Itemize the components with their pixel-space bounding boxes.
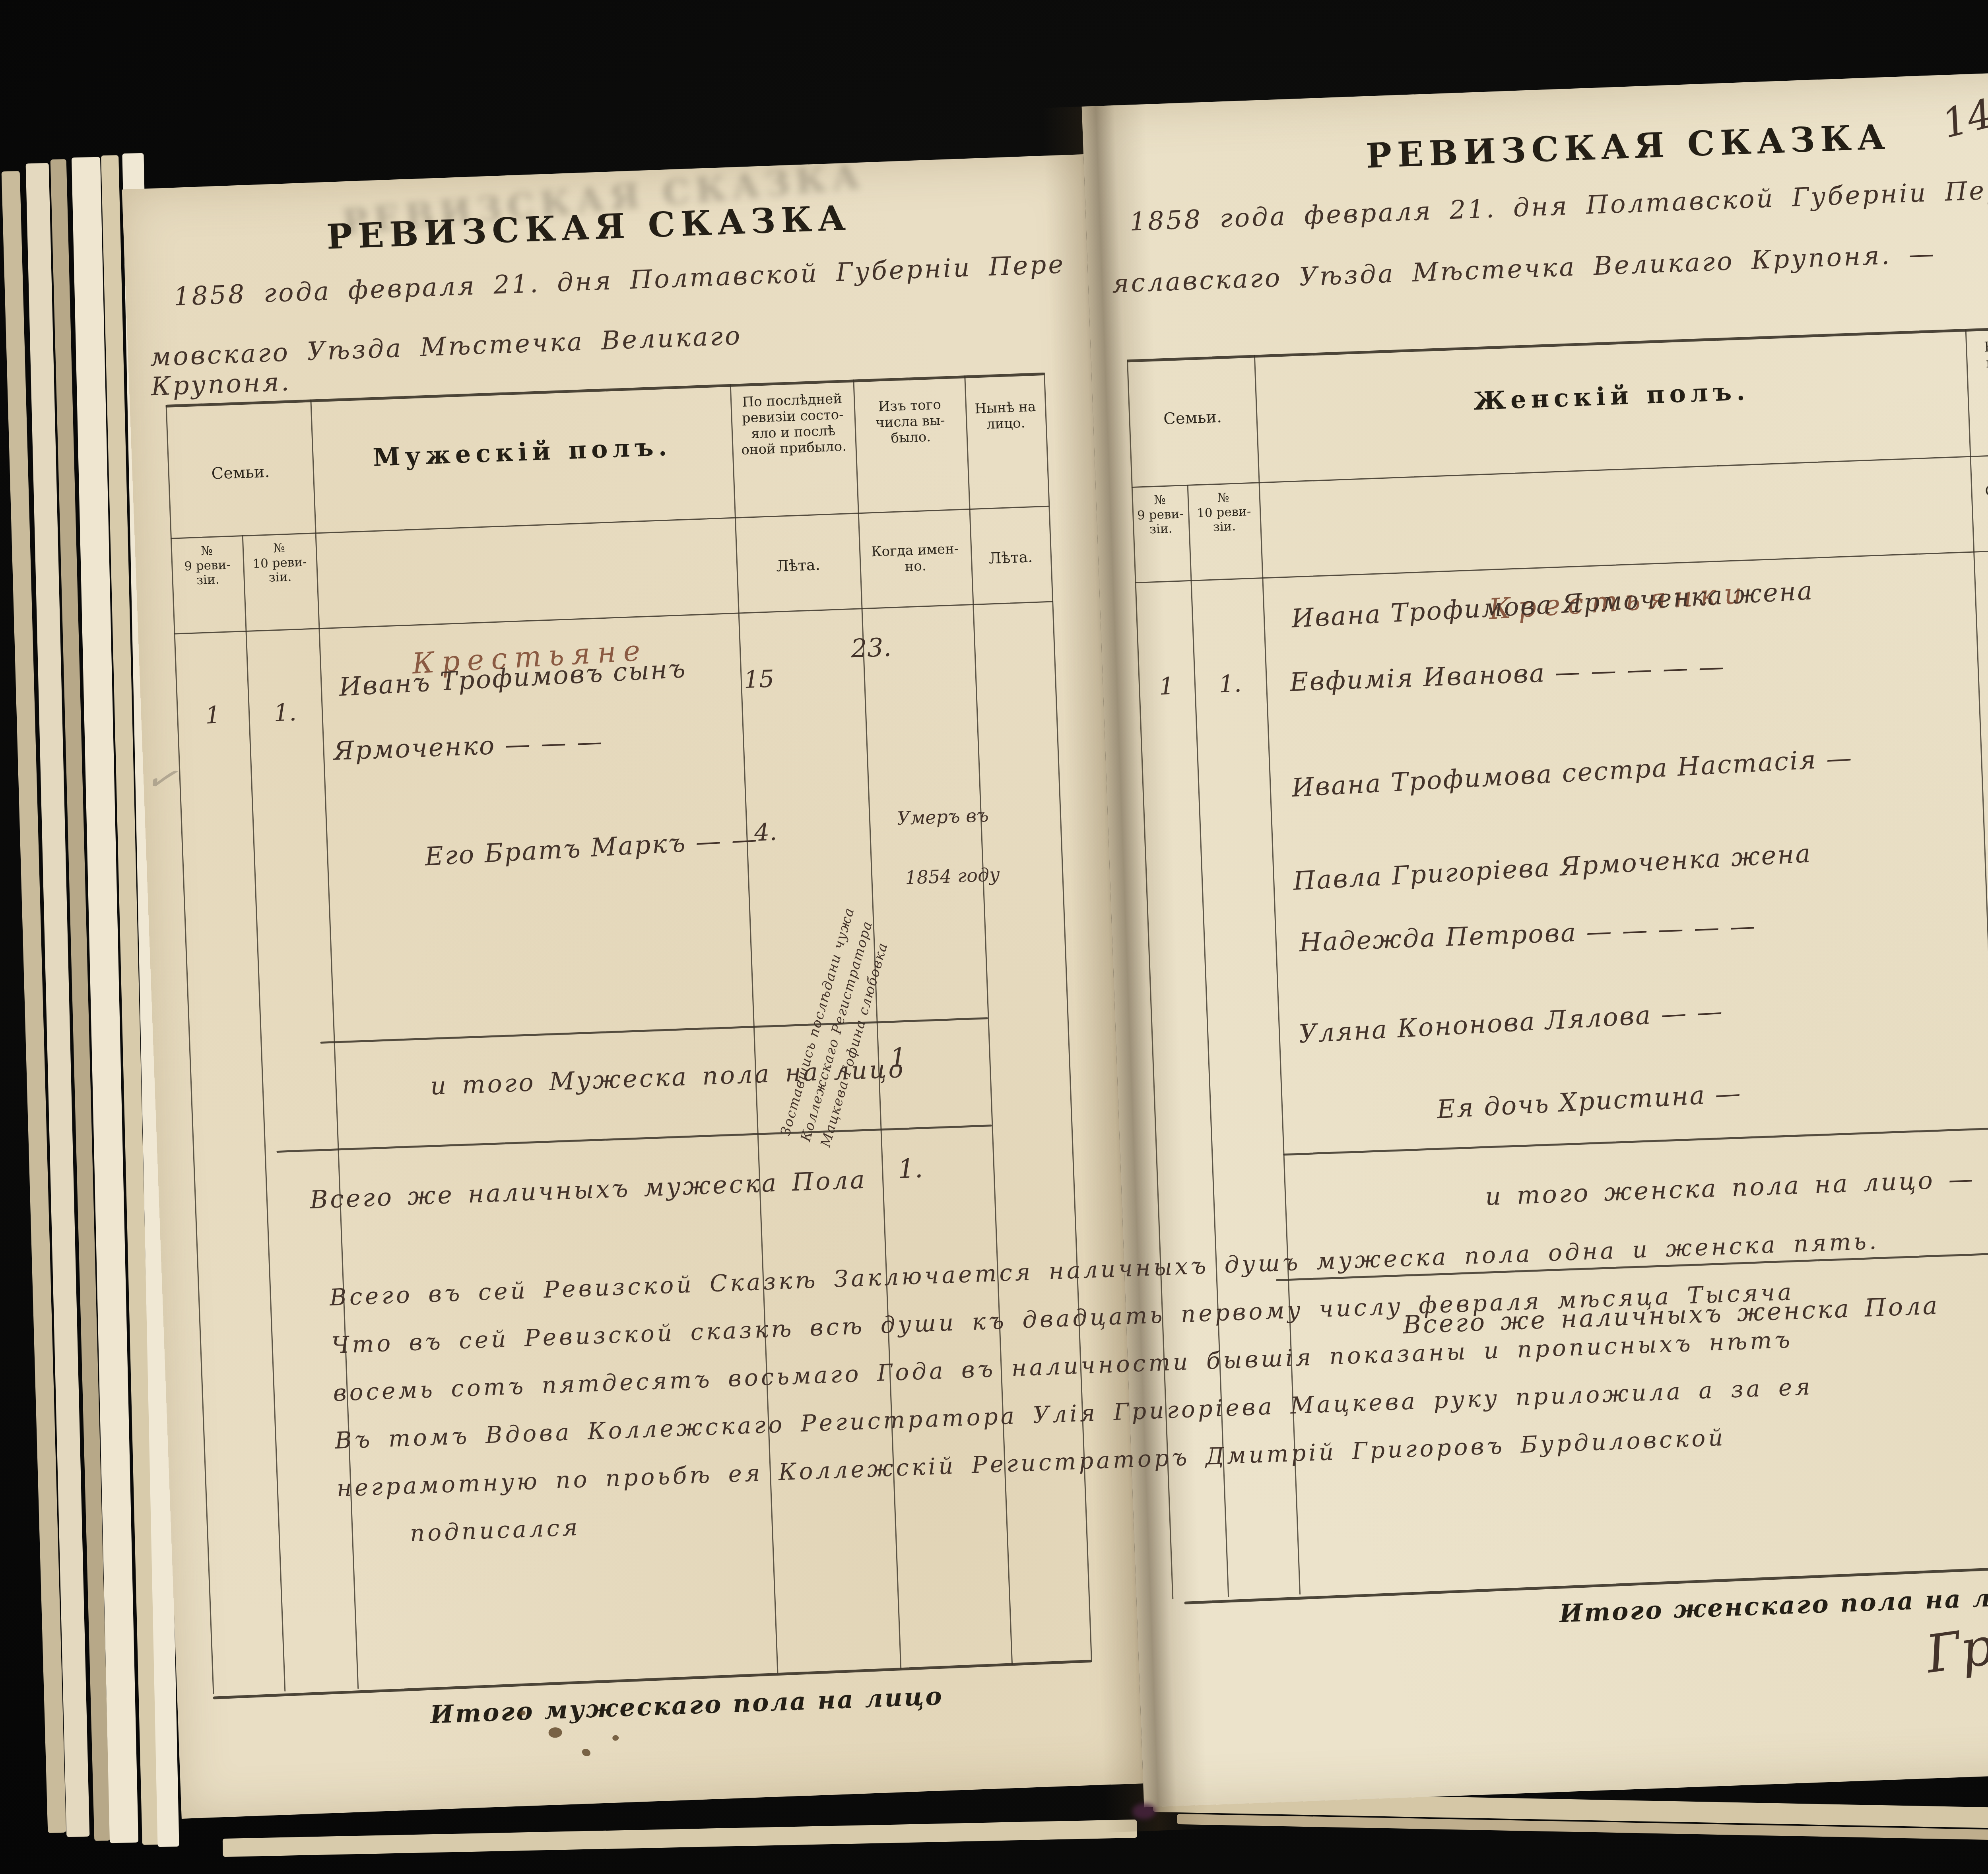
family-no-9th-revision: 1 (177, 700, 249, 731)
table-top-rule (1127, 321, 1988, 362)
header-absence-since: Съ котораго времени. (1971, 480, 1988, 516)
header-departed-when: Когда имен- но. (859, 540, 972, 576)
ink-blot (612, 1735, 619, 1741)
photographed-book-scene: РЕВИЗСКАЯ СКАЗКА РЕВИЗСКАЯ СКАЗКА 1858 г… (0, 0, 1988, 1874)
header-rev10: № 10 реви- зіи. (242, 540, 317, 586)
right-page-footer: Итого женскаго пола на лицо (1447, 1577, 1988, 1632)
ink-blot (548, 1727, 562, 1738)
header-female-sex: Женскій полъ. (1255, 369, 1967, 424)
female-row-name: Евфимія Иванова — — — — — (1289, 643, 1986, 697)
header-last-revision: По послѣдней ревизіи состо- яло и послѣ … (730, 390, 856, 459)
header-present: Нынѣ на лицо. (965, 398, 1046, 433)
ink-blot (581, 1747, 592, 1757)
female-row-name: Надежда Петрова — — — — — (1299, 903, 1988, 957)
header-rev10: № 10 реви- зіи. (1187, 489, 1260, 535)
header-present-years: Лѣта. (971, 548, 1051, 568)
family-no-9th-revision: 1 (1138, 672, 1195, 701)
female-row-name: Уляна Кононова Лялова — — (1298, 983, 1975, 1049)
subheader-band-rule (174, 601, 1053, 635)
header-family: Семьи. (168, 461, 313, 485)
left-date-line-2: мовскаго Уѣзда Мѣстечка Великаго Крупоня… (149, 317, 867, 402)
female-subtotal-label: и того женска пола на лицо — (1392, 1161, 1988, 1214)
right-date-line-2: яславскаго Уѣзда Мѣстечка Великаго Крупо… (1112, 236, 1988, 299)
male-total-value: 1. (897, 1152, 954, 1185)
header-male-sex: Мужескій полъ. (312, 430, 733, 474)
right-date-line-1: 1858 года февраля 21. дня Полтавской Губ… (1129, 169, 1988, 237)
family-no-10th-revision: 1. (1194, 669, 1266, 699)
female-row-name: Ивана Трофимова сестра Настасія — (1291, 735, 1988, 803)
male-subtotal-value: 1 (889, 1041, 946, 1073)
male-total-label: Всего же наличныхъ мужеска Пола (282, 1164, 895, 1215)
signature-flourish: Гри (1922, 1611, 1988, 1685)
spine-ink-stain (1132, 1803, 1156, 1820)
age-at-last-revision: 15 (744, 664, 796, 694)
open-book: РЕВИЗСКАЯ СКАЗКА РЕВИЗСКАЯ СКАЗКА 1858 г… (120, 66, 1988, 1866)
family-no-10th-revision: 1. (248, 697, 322, 728)
age-at-last-revision: 4. (754, 817, 806, 847)
male-subtotal-label: и того Мужеска пола на лицо (377, 1052, 959, 1102)
column-line (166, 405, 214, 1694)
right-page-title: РЕВИЗСКАЯ СКАЗКА (1290, 114, 1967, 179)
total-rule (276, 1124, 992, 1153)
age-now: 23. (850, 632, 919, 664)
right-page: РЕВИЗСКАЯ СКАЗКА 1858 года февраля 21. д… (1082, 66, 1988, 1807)
female-row-name: Ивана Трофимова Ярмоченка жена (1291, 567, 1987, 634)
header-rev9: № 9 реви- зіи. (171, 542, 244, 588)
subtotal-rule (320, 1017, 988, 1044)
header-last-revision-years: Лѣта. (736, 554, 860, 577)
female-row-name: Павла Григоріева Ярмоченка жена (1293, 829, 1988, 897)
pencil-check-mark: ✓ (142, 754, 181, 802)
female-row-name: Ея дочь Христина — (1436, 1065, 1988, 1125)
header-departed: Изъ того числа вы- было. (854, 396, 967, 448)
male-row-name: Ярмоченко — — — (333, 721, 771, 766)
header-band-rule (1132, 449, 1988, 488)
left-page: РЕВИЗСКАЯ СКАЗКА РЕВИЗСКАЯ СКАЗКА 1858 г… (122, 154, 1143, 1819)
header-rev9: № 9 реви- зіи. (1132, 492, 1189, 538)
departed-note: 1854 году (905, 861, 1064, 889)
header-absence: Во времен- ной отлуч- кѣ. (1966, 336, 1988, 388)
subtotal-rule (1283, 1120, 1988, 1156)
header-band-rule (171, 506, 1050, 539)
header-family: Семьи. (1129, 407, 1257, 430)
left-date-line-1: 1858 года февраля 21. дня Полтавской Губ… (173, 249, 1080, 312)
